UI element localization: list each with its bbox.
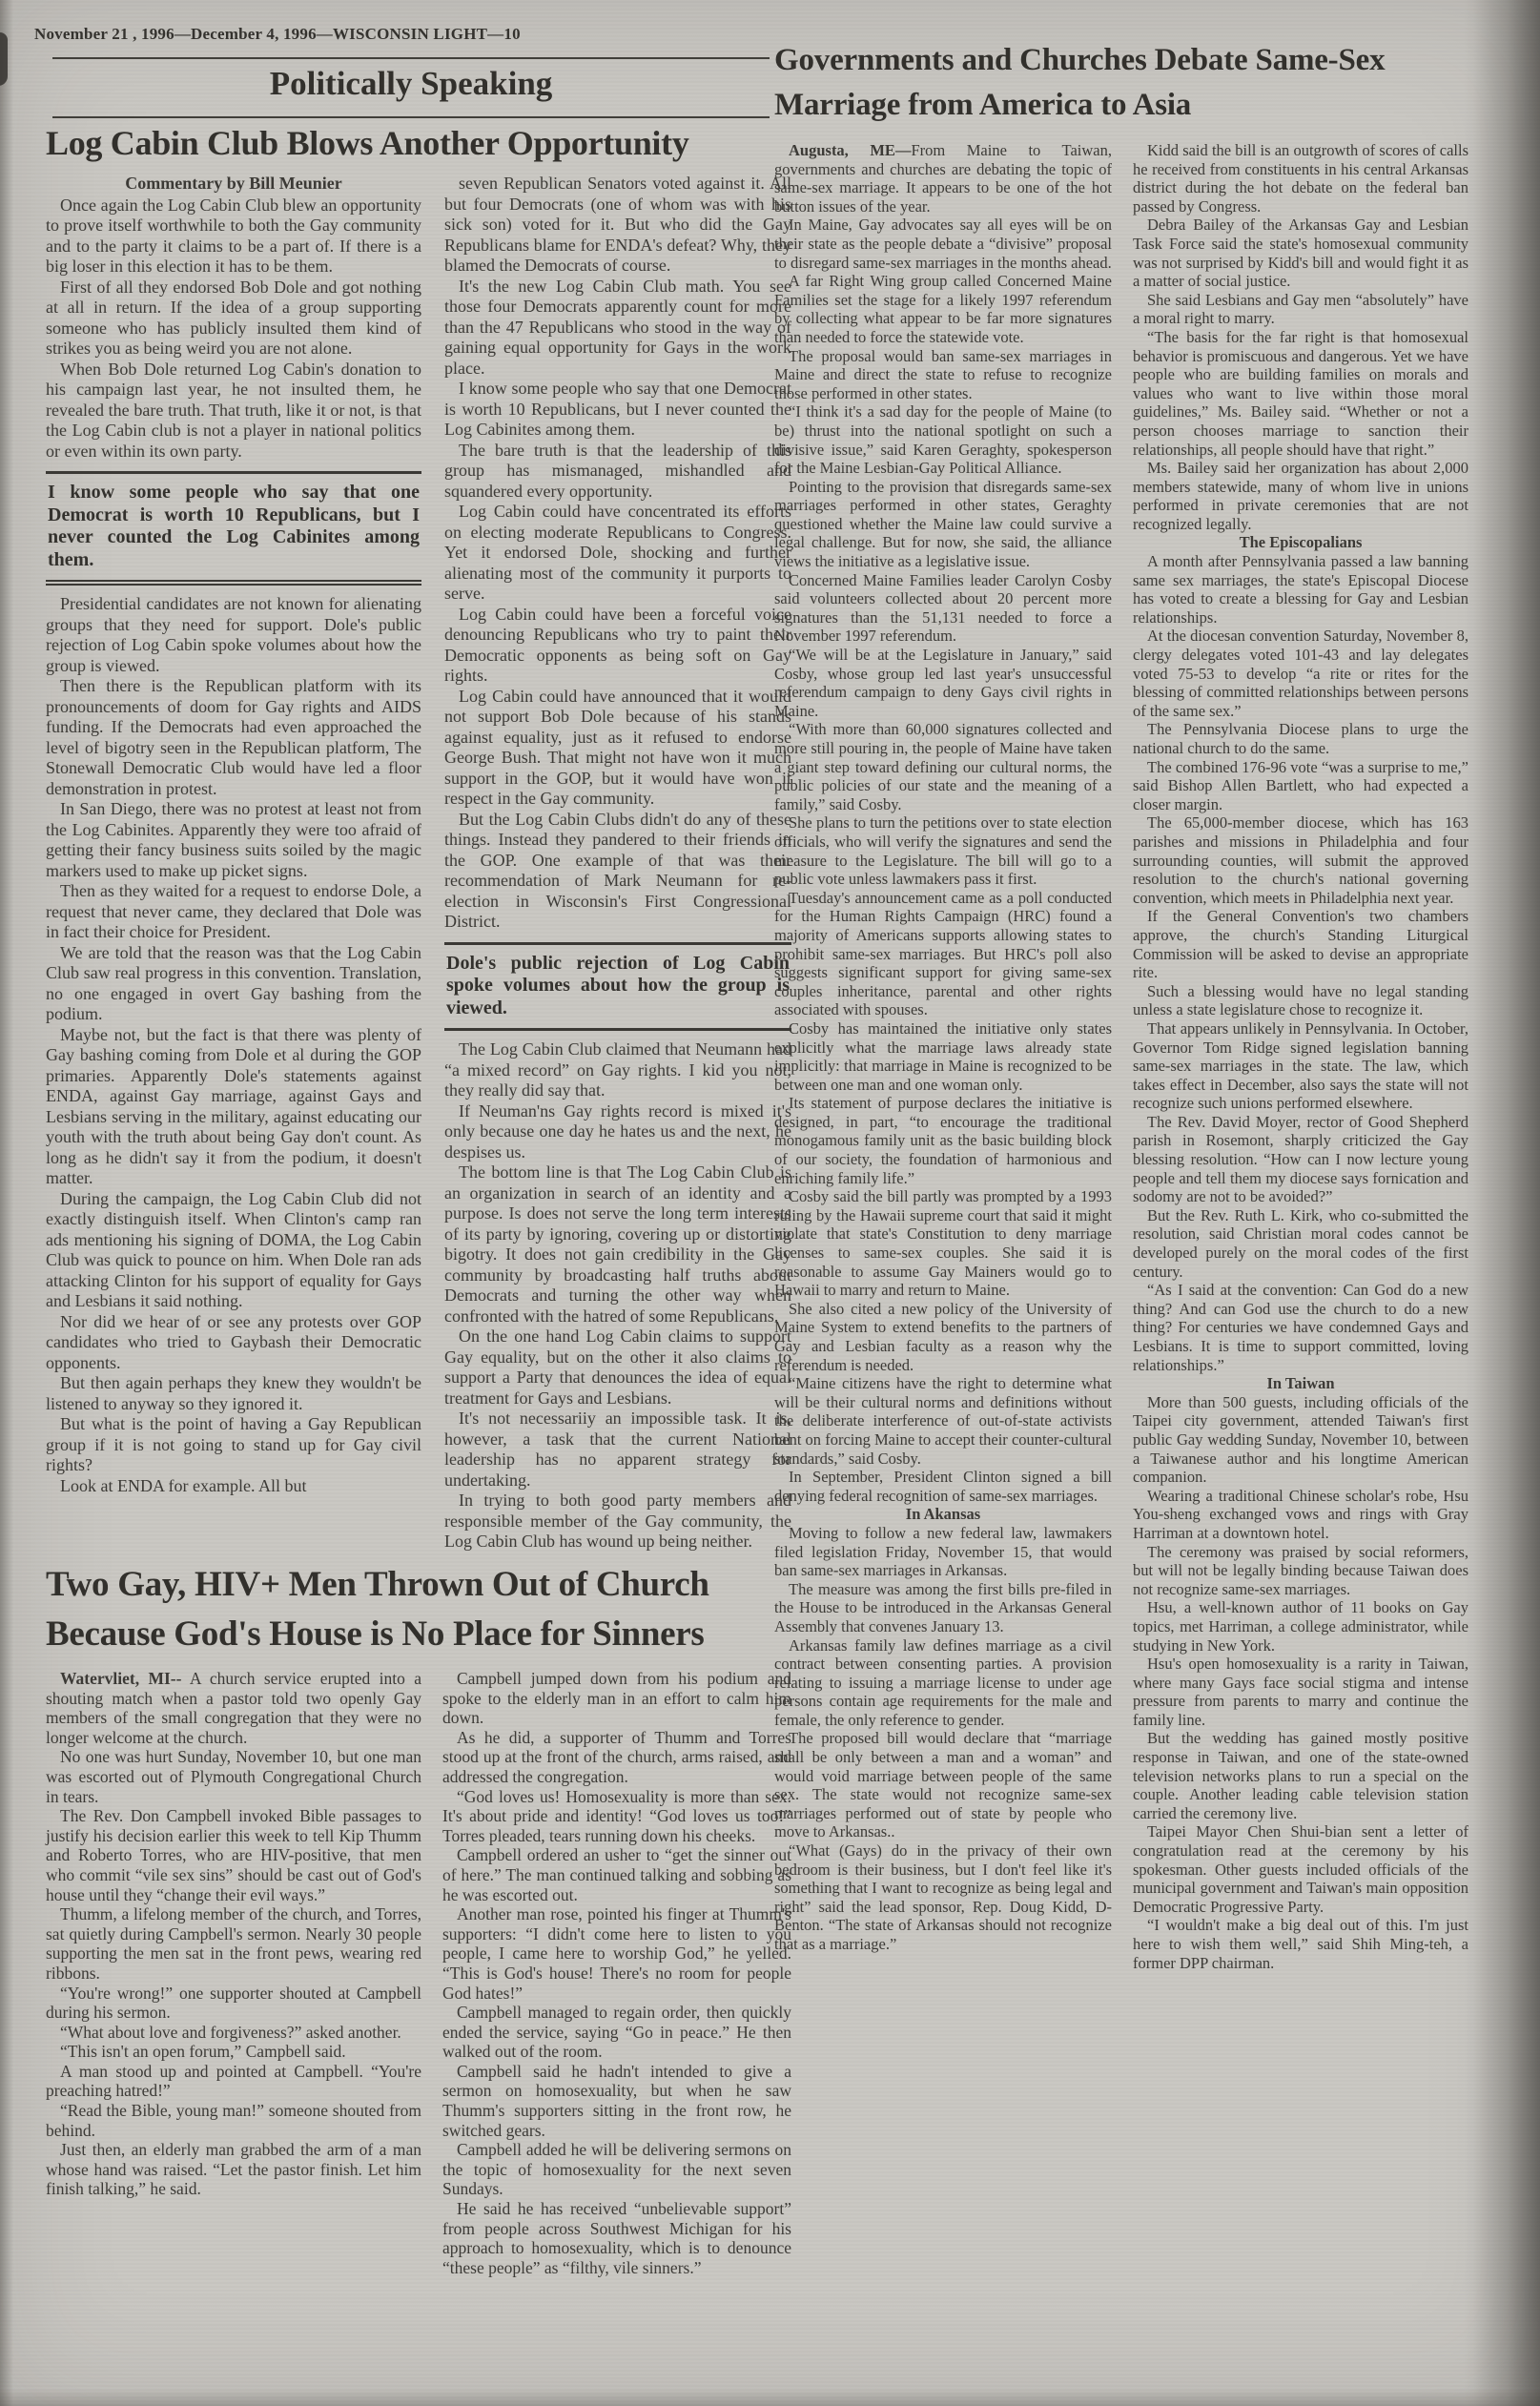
scan-smudge [0,32,8,86]
article-paragraph: Log Cabin could have announced that it w… [444,687,791,810]
article-paragraph: “We will be at the Legislature in Januar… [774,646,1112,720]
article-paragraph: Pointing to the provision that disregard… [774,478,1112,571]
article-paragraph: He said he has received “unbelievable su… [442,2199,791,2277]
article-paragraph: The 65,000-member diocese, which has 163… [1133,813,1468,907]
article-paragraph: A man stood up and pointed at Campbell. … [46,2062,421,2101]
article-paragraph: The Pennsylvania Diocese plans to urge t… [1133,720,1468,757]
divider-rule [52,57,770,59]
article-paragraph: The proposal would ban same-sex marriage… [774,347,1112,403]
article-paragraph: seven Republican Senators voted against … [444,174,791,277]
byline: Commentary by Bill Meunier [46,174,421,195]
article-paragraph: She said Lesbians and Gay men “absolutel… [1133,291,1468,328]
article-paragraph: “The basis for the far right is that hom… [1133,328,1468,459]
paper-fold-shadow [1473,0,1540,2406]
article-paragraph: On the one hand Log Cabin claims to supp… [444,1326,791,1409]
article-paragraph: If the General Convention's two chambers… [1133,907,1468,981]
article-paragraph: During the campaign, the Log Cabin Club … [46,1189,421,1312]
article-paragraph: The ceremony was praised by social refor… [1133,1543,1468,1599]
article-paragraph: The Rev. David Moyer, rector of Good She… [1133,1113,1468,1206]
article-paragraph: Campbell added he will be delivering ser… [442,2140,791,2199]
article-paragraph: “Read the Bible, young man!” someone sho… [46,2101,421,2140]
article-paragraph: Cosby said the bill partly was prompted … [774,1187,1112,1300]
article-headline-church: Two Gay, HIV+ Men Thrown Out of Church B… [46,1560,791,1659]
article-paragraph: Then there is the Republican platform wi… [46,676,421,799]
article-paragraph: “You're wrong!” one supporter shouted at… [46,1984,421,2023]
paragraph-group: seven Republican Senators voted against … [444,174,791,933]
article-paragraph: Campbell ordered an usher to “get the si… [442,1845,791,1904]
pull-quote: Dole's public rejection of Log Cabin spo… [444,942,791,1032]
article-column-1: Watervliet, MI-- A church service erupte… [46,1669,421,2277]
article-paragraph: If Neuman'ns Gay rights record is mixed … [444,1101,791,1163]
newspaper-page: November 21 , 1996—December 4, 1996—WISC… [0,0,1540,2406]
article-paragraph: Cosby has maintained the initiative only… [774,1019,1112,1094]
article-headline-log-cabin: Log Cabin Club Blows Another Opportunity [46,123,786,163]
article-column-1: Commentary by Bill Meunier Once again th… [46,174,421,1553]
article-paragraph: Debra Bailey of the Arkansas Gay and Les… [1133,216,1468,290]
article-paragraph: But the Rev. Ruth L. Kirk, who co-submit… [1133,1206,1468,1281]
article-paragraph: She also cited a new policy of the Unive… [774,1300,1112,1374]
article-paragraph: “With more than 60,000 signatures collec… [774,720,1112,813]
article-paragraph: “As I said at the convention: Can God do… [1133,1281,1468,1374]
article-paragraph: It's the new Log Cabin Club math. You se… [444,277,791,380]
article-paragraph: “What (Gays) do in the privacy of their … [774,1841,1112,1954]
pull-quote: I know some people who say that one Demo… [46,471,421,586]
article-paragraph: In trying to both good party members and… [444,1491,791,1553]
article-paragraph: We are told that the reason was that the… [46,943,421,1025]
article-paragraph: Nor did we hear of or see any protests o… [46,1312,421,1374]
article-paragraph: Hsu's open homosexuality is a rarity in … [1133,1655,1468,1729]
article-paragraph: In Maine, Gay advocates say all eyes wil… [774,216,1112,272]
article-paragraph: The Rev. Don Campbell invoked Bible pass… [46,1806,421,1904]
section-subhead: The Episcopalians [1133,533,1468,552]
article-paragraph: In September, President Clinton signed a… [774,1468,1112,1505]
article-paragraph: Tuesday's announcement came as a poll co… [774,889,1112,1019]
article-paragraph: But then again perhaps they knew they wo… [46,1373,421,1414]
article-paragraph: The combined 176-96 vote “was a surprise… [1133,758,1468,814]
article-paragraph: I know some people who say that one Demo… [444,379,791,441]
article-paragraph: “I wouldn't make a big deal out of this.… [1133,1916,1468,1972]
article-paragraph: That appears unlikely in Pennsylvania. I… [1133,1019,1468,1113]
article-headline-same-sex-marriage: Governments and Churches Debate Same-Sex… [774,38,1485,128]
article-paragraph: It's not necessariiy an impossible task.… [444,1409,791,1491]
article-paragraph: Once again the Log Cabin Club blew an op… [46,195,421,278]
article-paragraph: Look at ENDA for example. All but [46,1476,421,1497]
article-paragraph: More than 500 guests, including official… [1133,1393,1468,1487]
article-paragraph: Campbell managed to regain order, then q… [442,2003,791,2062]
article-column-2: Campbell jumped down from his podium and… [442,1669,791,2277]
article-paragraph: “I think it's a sad day for the people o… [774,402,1112,477]
article-paragraph: Its statement of purpose declares the in… [774,1094,1112,1187]
article-paragraph: Log Cabin could have concentrated its ef… [444,502,791,605]
article-paragraph: But what is the point of having a Gay Re… [46,1414,421,1476]
article-paragraph: A month after Pennsylvania passed a law … [1133,552,1468,627]
article-paragraph: But the wedding has gained mostly positi… [1133,1729,1468,1822]
article-paragraph: The proposed bill would declare that “ma… [774,1729,1112,1841]
article-paragraph: Another man rose, pointed his finger at … [442,1904,791,2003]
article-paragraph: “God loves us! Homosexuality is more tha… [442,1787,791,1846]
article-paragraph: Moving to follow a new federal law, lawm… [774,1524,1112,1580]
article-paragraph: Maybe not, but the fact is that there wa… [46,1025,421,1189]
article-body-log-cabin: Commentary by Bill Meunier Once again th… [46,174,791,1553]
article-paragraph: Campbell said he hadn't intended to give… [442,2062,791,2140]
article-paragraph: In San Diego, there was no protest at le… [46,799,421,881]
article-paragraph: “Maine citizens have the right to determ… [774,1374,1112,1468]
article-paragraph: But the Log Cabin Clubs didn't do any of… [444,810,791,933]
article-paragraph: Concerned Maine Families leader Carolyn … [774,571,1112,646]
article-paragraph: The bottom line is that The Log Cabin Cl… [444,1162,791,1326]
article-column-1: Augusta, ME—From Maine to Taiwan, govern… [774,141,1112,1954]
section-subhead: In Akansas [774,1505,1112,1524]
article-paragraph: Kidd said the bill is an outgrowth of sc… [1133,141,1468,216]
article-paragraph: Campbell jumped down from his podium and… [442,1669,791,1728]
article-paragraph: Thumm, a lifelong member of the church, … [46,1904,421,1983]
article-paragraph: “What about love and forgiveness?” asked… [46,2023,421,2043]
paragraph-group: Once again the Log Cabin Club blew an op… [46,195,421,463]
article-paragraph: Log Cabin could have been a forceful voi… [444,605,791,687]
article-paragraph: A far Right Wing group called Concerned … [774,272,1112,346]
masthead: November 21 , 1996—December 4, 1996—WISC… [34,25,521,44]
divider-rule [52,116,770,118]
paragraph-group: The Log Cabin Club claimed that Neumann … [444,1039,791,1553]
article-paragraph: Then as they waited for a request to end… [46,881,421,943]
article-paragraph: Watervliet, MI-- A church service erupte… [46,1669,421,1747]
article-body-church: Watervliet, MI-- A church service erupte… [46,1669,791,2277]
article-paragraph: She plans to turn the petitions over to … [774,813,1112,888]
article-paragraph: Hsu, a well-known author of 11 books on … [1133,1598,1468,1655]
article-paragraph: Taipei Mayor Chen Shui-bian sent a lette… [1133,1822,1468,1916]
paragraph-group: Presidential candidates are not known fo… [46,594,421,1496]
article-paragraph: The Log Cabin Club claimed that Neumann … [444,1039,791,1101]
article-column-2: Kidd said the bill is an outgrowth of sc… [1133,141,1468,1972]
article-paragraph: Such a blessing would have no legal stan… [1133,982,1468,1019]
article-paragraph: As he did, a supporter of Thumm and Torr… [442,1728,791,1787]
article-paragraph: The bare truth is that the leadership of… [444,441,791,503]
article-column-2: seven Republican Senators voted against … [444,174,791,1553]
article-paragraph: Just then, an elderly man grabbed the ar… [46,2140,421,2199]
article-paragraph: No one was hurt Sunday, November 10, but… [46,1747,421,1806]
article-paragraph: Augusta, ME—From Maine to Taiwan, govern… [774,141,1112,216]
column-kicker: Politically Speaking [52,65,770,103]
section-subhead: In Taiwan [1133,1374,1468,1393]
article-paragraph: When Bob Dole returned Log Cabin's donat… [46,360,421,463]
article-paragraph: At the diocesan convention Saturday, Nov… [1133,627,1468,720]
article-paragraph: Wearing a traditional Chinese scholar's … [1133,1487,1468,1543]
article-paragraph: The measure was among the first bills pr… [774,1580,1112,1636]
article-paragraph: Presidential candidates are not known fo… [46,594,421,676]
article-paragraph: Arkansas family law defines marriage as … [774,1636,1112,1730]
article-paragraph: Ms. Bailey said her organization has abo… [1133,459,1468,533]
article-paragraph: “This isn't an open forum,” Campbell sai… [46,2042,421,2062]
article-paragraph: First of all they endorsed Bob Dole and … [46,278,421,360]
